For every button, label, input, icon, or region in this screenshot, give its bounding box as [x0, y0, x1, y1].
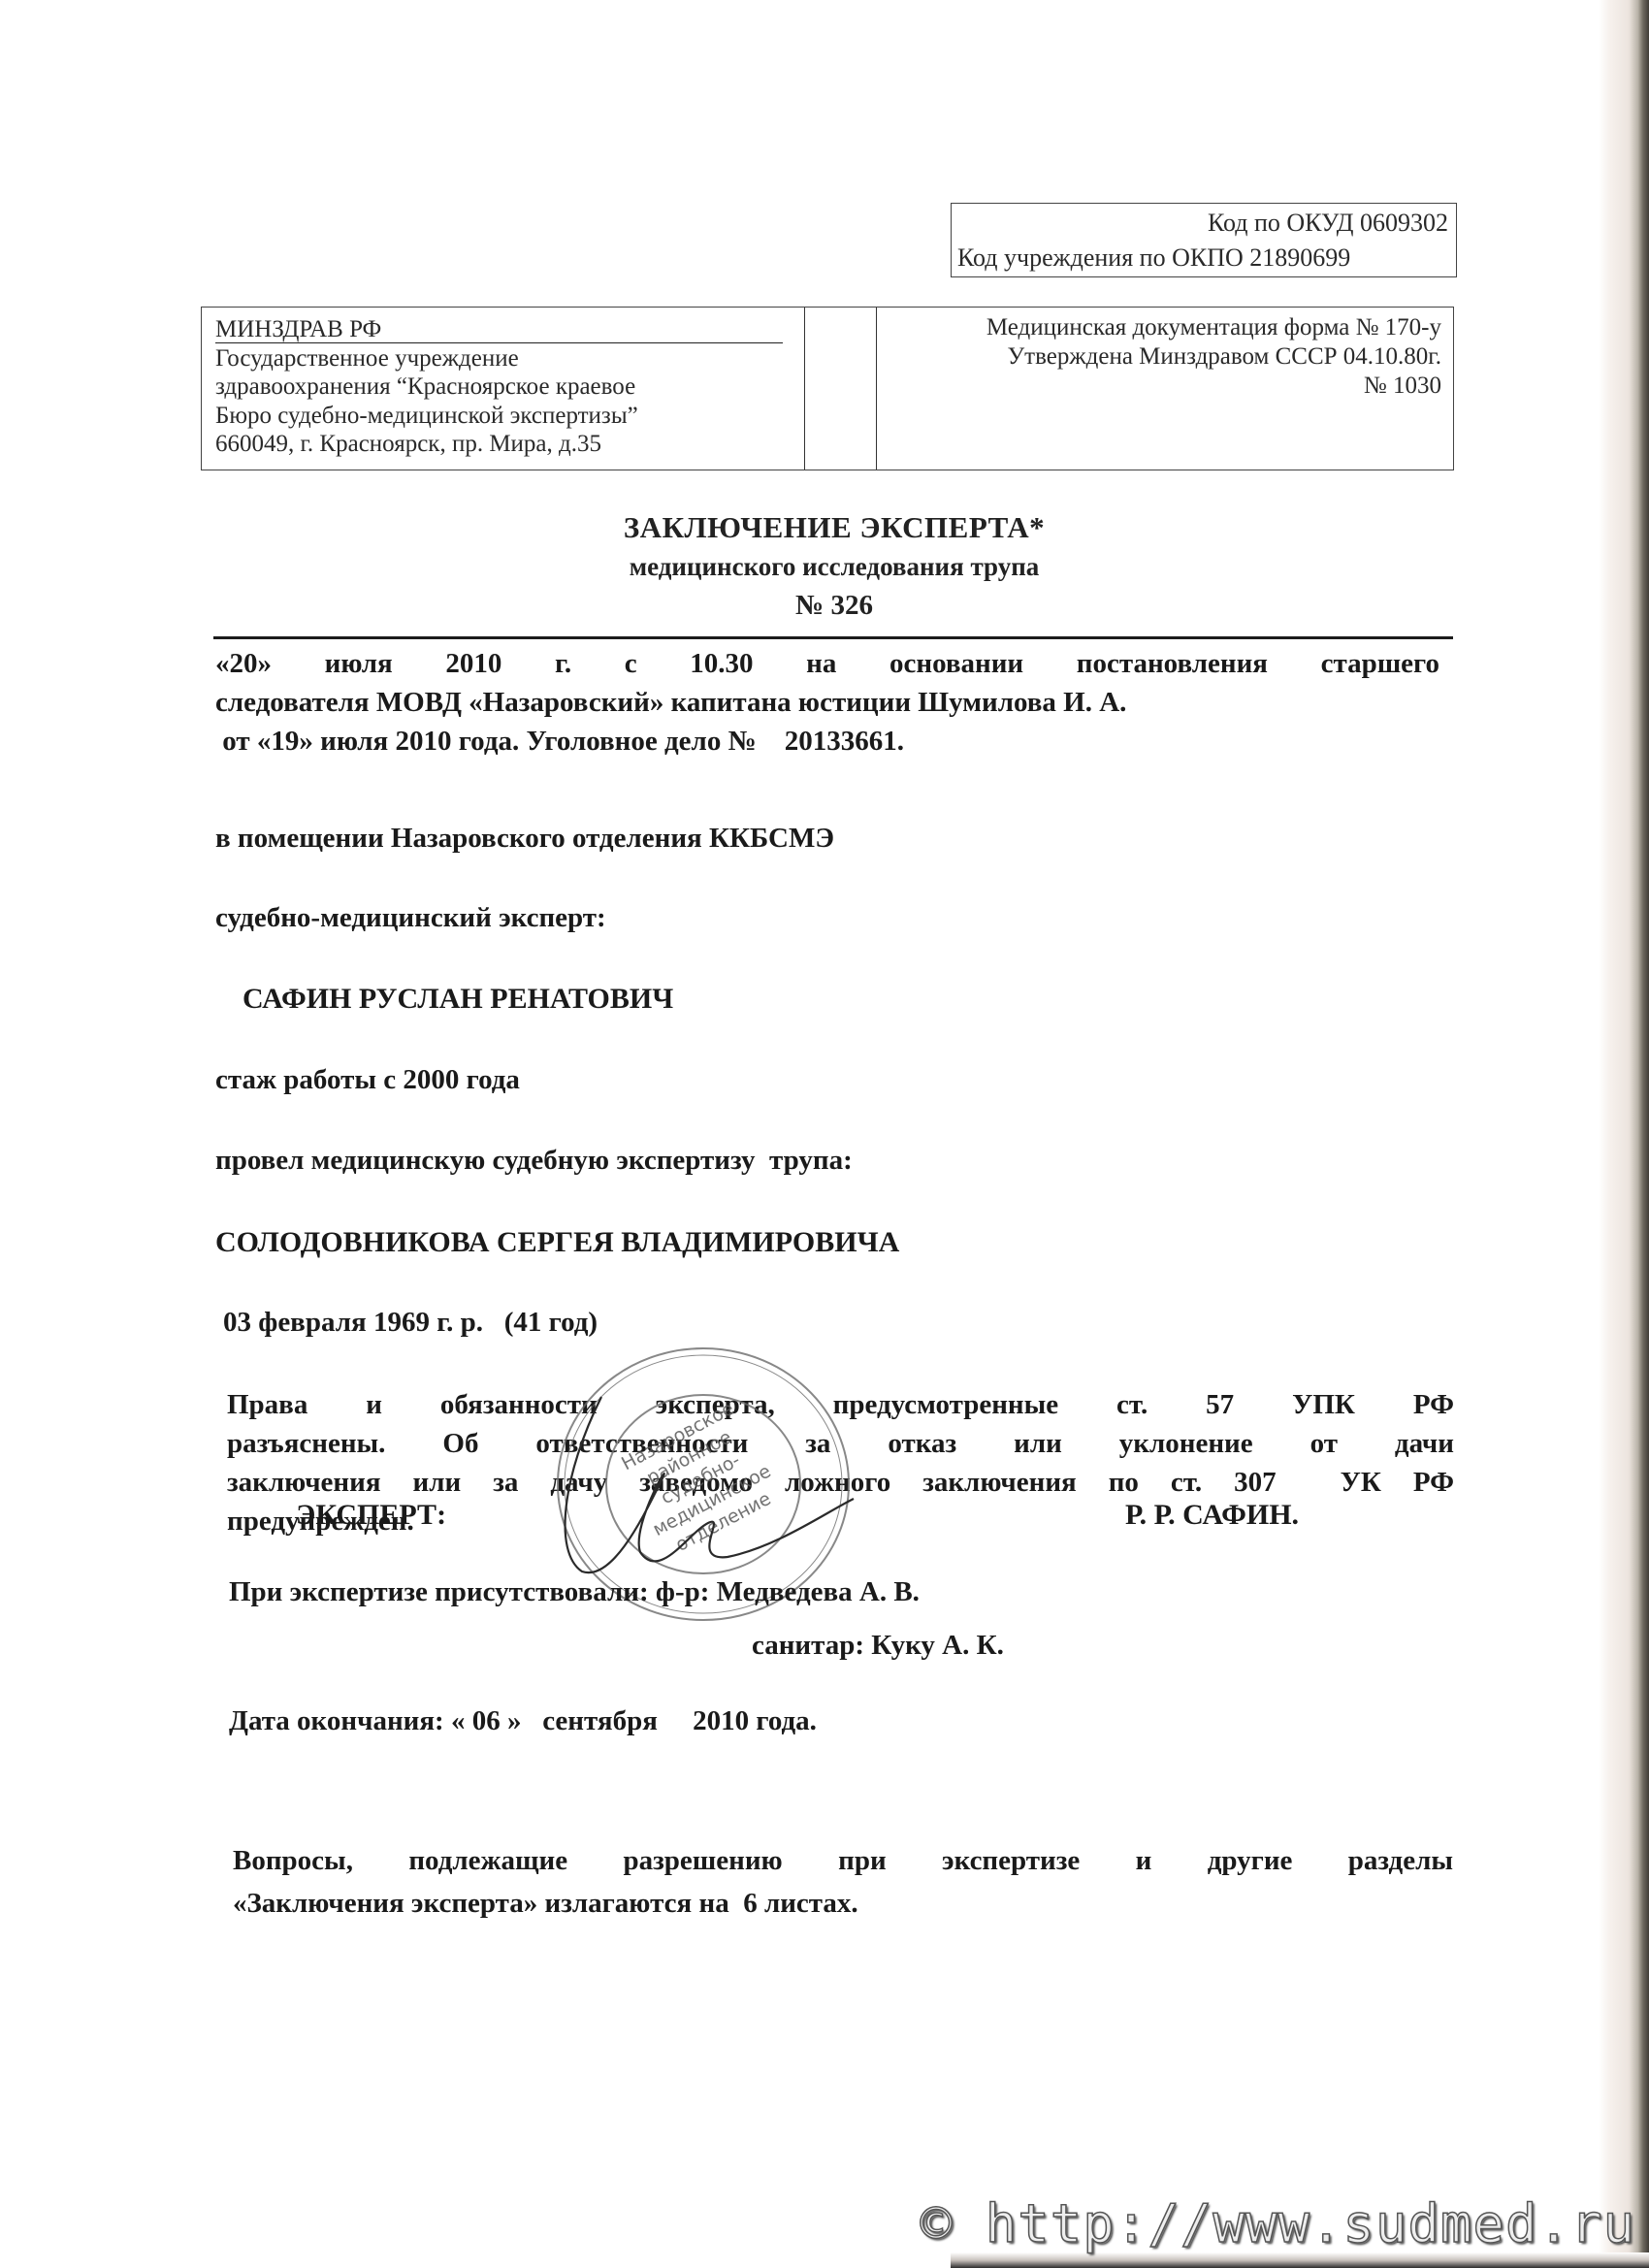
exam-location: в помещении Назаровского отделения ККБСМ… — [215, 823, 834, 855]
form-info: Медицинская документация форма № 170-у У… — [877, 308, 1453, 470]
signature-label: ЭКСПЕРТ: — [296, 1499, 446, 1532]
document-number: № 326 — [213, 586, 1455, 625]
scanned-page-edge — [1599, 0, 1649, 2268]
institution-header-table: МИНЗДРАВ РФ Государственное учреждение з… — [201, 307, 1454, 470]
document-subtitle: медицинского исследования трупа — [213, 547, 1455, 586]
form-number: Медицинская документация форма № 170-у — [877, 313, 1441, 342]
present-line: При экспертизе присутствовали: ф-р: Медв… — [229, 1576, 920, 1608]
ministry-name: МИНЗДРАВ РФ — [215, 317, 783, 343]
end-date: Дата окончания: « 06 » сентября 2010 год… — [229, 1705, 817, 1737]
expert-role: судебно-медицинский эксперт: — [215, 902, 606, 934]
okud-code: Код по ОКУД 0609302 — [957, 206, 1448, 241]
intro-line: следователя МОВД «Назаровский» капитана … — [215, 683, 1439, 722]
form-approval: Утверждена Минздравом СССР 04.10.80г. — [877, 342, 1441, 372]
present-orderly: санитар: Куку А. К. — [752, 1630, 1004, 1662]
site-watermark: © http://www.sudmed.ru — [921, 2193, 1635, 2254]
signature-name: Р. Р. САФИН. — [1125, 1499, 1299, 1532]
deceased-name: СОЛОДОВНИКОВА СЕРГЕЯ ВЛАДИМИРОВИЧА — [215, 1226, 899, 1259]
institution-address: 660049, г. Красноярск, пр. Мира, д.35 — [215, 430, 804, 459]
deceased-birth-date: 03 февраля 1969 г. р. (41 год) — [223, 1307, 598, 1339]
okpo-code: Код учреждения по ОКПО 21890699 — [957, 241, 1448, 275]
document-title: ЗАКЛЮЧЕНИЕ ЭКСПЕРТА* — [213, 508, 1455, 547]
intro-line: «20» июля 2010 г. с 10.30 на основании п… — [215, 644, 1439, 683]
present-label: При экспертизе присутствовали: — [229, 1576, 649, 1607]
document-title-block: ЗАКЛЮЧЕНИЕ ЭКСПЕРТА* медицинского исслед… — [213, 508, 1455, 625]
expert-name: САФИН РУСЛАН РЕНАТОВИЧ — [242, 983, 673, 1016]
closing-line: «Заключения эксперта» излагаются на 6 ли… — [233, 1882, 1453, 1925]
form-order-number: № 1030 — [877, 372, 1441, 401]
closing-paragraph: Вопросы, подлежащие разрешению при экспе… — [233, 1839, 1453, 1925]
title-divider — [213, 636, 1453, 639]
header-spacer-cell — [805, 308, 877, 470]
institution-info: МИНЗДРАВ РФ Государственное учреждение з… — [202, 308, 805, 470]
intro-paragraph: «20» июля 2010 г. с 10.30 на основании п… — [215, 644, 1439, 761]
closing-line: Вопросы, подлежащие разрешению при экспе… — [233, 1839, 1453, 1882]
watermark-bar — [951, 2252, 1649, 2268]
expert-experience: стаж работы с 2000 года — [215, 1064, 520, 1096]
institution-line: Государственное учреждение — [215, 344, 804, 373]
exam-conducted: провел медицинскую судебную экспертизу т… — [215, 1145, 853, 1177]
institution-line: Бюро судебно-медицинской экспертизы” — [215, 402, 804, 431]
intro-line: от «19» июля 2010 года. Уголовное дело №… — [215, 722, 1439, 761]
institution-line: здравоохранения “Красноярское краевое — [215, 373, 804, 402]
okud-code-box: Код по ОКУД 0609302 Код учреждения по ОК… — [951, 203, 1457, 277]
present-assistant: ф-р: Медведева А. В. — [656, 1576, 920, 1607]
